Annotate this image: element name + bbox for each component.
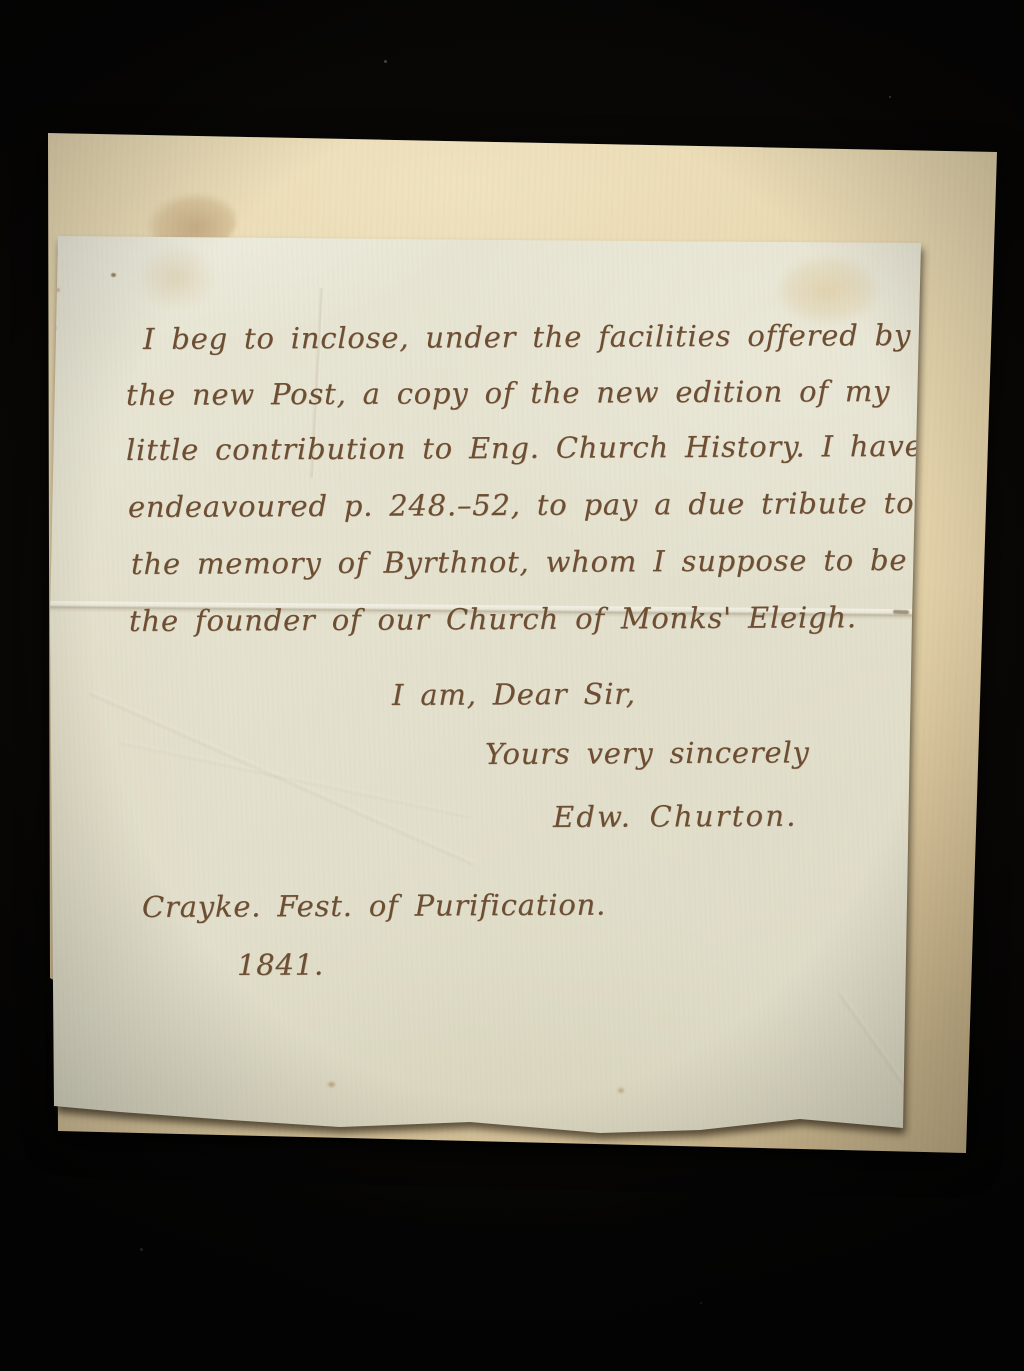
letter-year: 1841. — [237, 948, 324, 982]
letter-closing-line: Yours very sincerely — [485, 735, 810, 771]
letter-signature: Edw. Churton. — [553, 799, 798, 834]
letter-body-line: I beg to inclose, under the facilities o… — [143, 318, 911, 356]
letter-closing-line: I am, Dear Sir, — [392, 677, 636, 712]
handwritten-text: I beg to inclose, under the facilities o… — [0, 0, 1024, 1371]
letter-sheet-wrapper: I beg to inclose, under the facilities o… — [0, 0, 1024, 1371]
photo-background: I beg to inclose, under the facilities o… — [0, 0, 1024, 1371]
letter-body-line: endeavoured p. 248.–52, to pay a due tri… — [128, 486, 914, 524]
letter-body-line: little contribution to Eng. Church Histo… — [126, 429, 923, 467]
letter-sheet: I beg to inclose, under the facilities o… — [0, 0, 1024, 1371]
letter-place-dateline: Crayke. Fest. of Purification. — [142, 888, 606, 924]
letter-body-line: the new Post, a copy of the new edition … — [126, 374, 890, 412]
letter-body-line: the founder of our Church of Monks' Elei… — [129, 600, 857, 638]
letter-body-line: the memory of Byrthnot, whom I suppose t… — [131, 543, 908, 581]
